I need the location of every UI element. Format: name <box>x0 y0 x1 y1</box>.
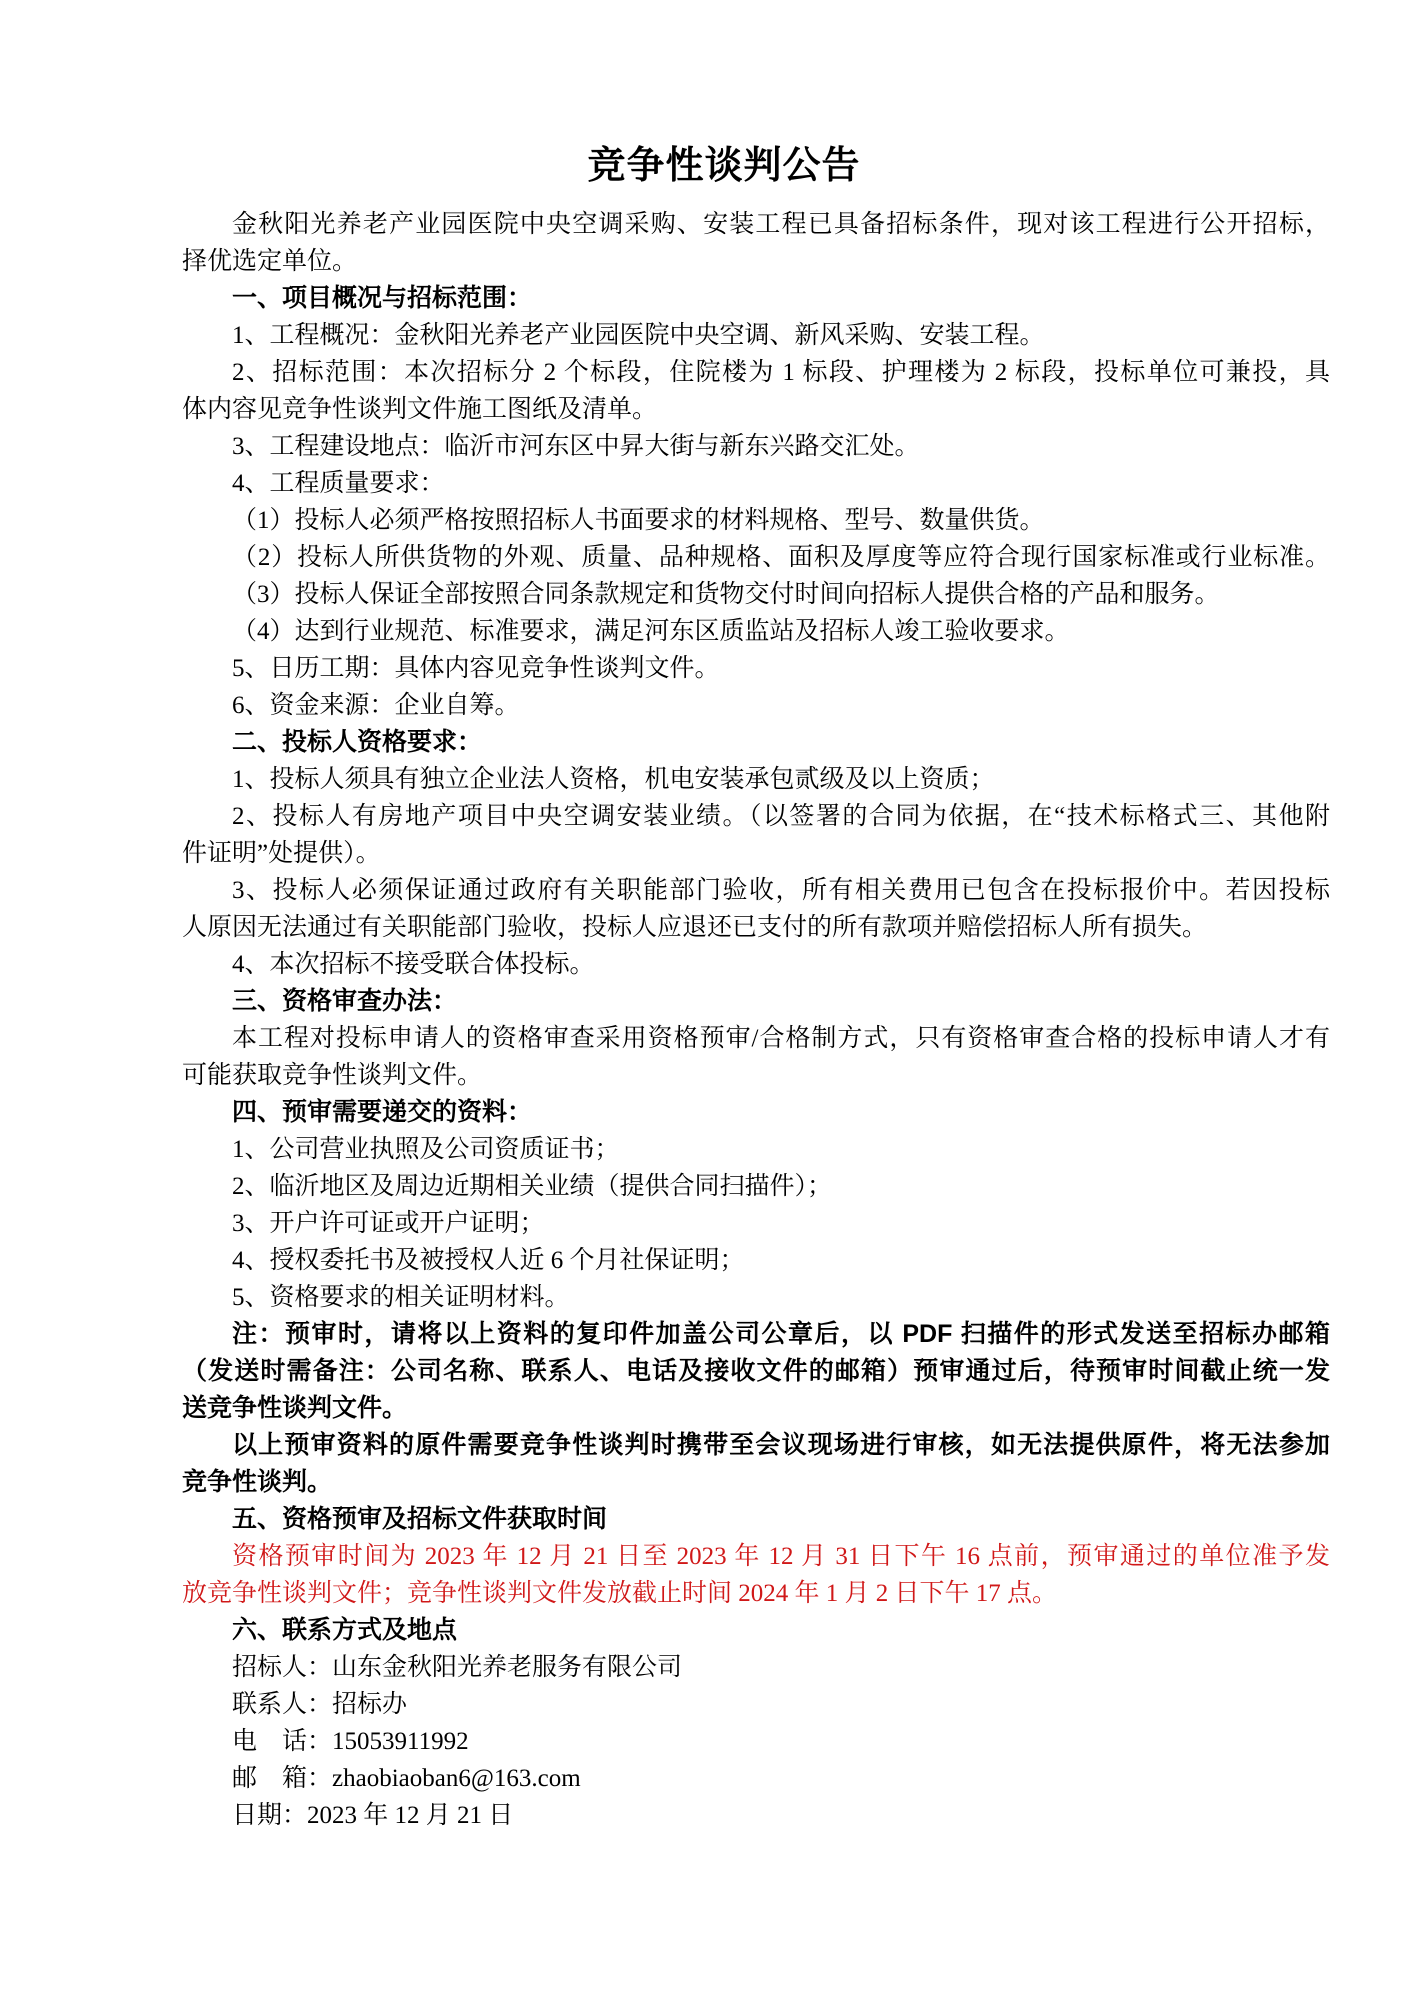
document-line: 4、授权委托书及被授权人近 6 个月社保证明； <box>182 1242 1330 1279</box>
document-line: 资格预审时间为 2023 年 12 月 21 日至 2023 年 12 月 31… <box>182 1538 1330 1575</box>
document-line: 电 话：15053911992 <box>182 1723 1330 1760</box>
document-line: 4、本次招标不接受联合体投标。 <box>182 946 1330 983</box>
document-line: 竞争性谈判。 <box>182 1464 1330 1501</box>
document-line: 可能获取竞争性谈判文件。 <box>182 1057 1330 1094</box>
document-line: 件证明”处提供）。 <box>182 835 1330 872</box>
document-line: 放竞争性谈判文件；竞争性谈判文件发放截止时间 2024 年 1 月 2 日下午 … <box>182 1575 1330 1612</box>
document-line: （2）投标人所供货物的外观、质量、品种规格、面积及厚度等应符合现行国家标准或行业… <box>182 539 1330 576</box>
document-line: 3、开户许可证或开户证明； <box>182 1205 1330 1242</box>
document-line: 1、投标人须具有独立企业法人资格，机电安装承包贰级及以上资质； <box>182 761 1330 798</box>
document-line: 六、联系方式及地点 <box>182 1612 1330 1649</box>
document-line: 金秋阳光养老产业园医院中央空调采购、安装工程已具备招标条件，现对该工程进行公开招… <box>182 206 1330 243</box>
document-line: 五、资格预审及招标文件获取时间 <box>182 1501 1330 1538</box>
document-line: 2、招标范围：本次招标分 2 个标段，住院楼为 1 标段、护理楼为 2 标段，投… <box>182 354 1330 391</box>
document-body: 金秋阳光养老产业园医院中央空调采购、安装工程已具备招标条件，现对该工程进行公开招… <box>182 206 1330 1834</box>
document-line: 三、资格审查办法： <box>182 983 1330 1020</box>
document-line: 2、投标人有房地产项目中央空调安装业绩。（以签署的合同为依据，在“技术标格式三、… <box>182 798 1330 835</box>
document-line: 3、工程建设地点：临沂市河东区中昇大街与新东兴路交汇处。 <box>182 428 1330 465</box>
document-line: 邮 箱：zhaobiaoban6@163.com <box>182 1760 1330 1797</box>
document-line: 5、资格要求的相关证明材料。 <box>182 1279 1330 1316</box>
document-line: （4）达到行业规范、标准要求，满足河东区质监站及招标人竣工验收要求。 <box>182 613 1330 650</box>
document-line: 择优选定单位。 <box>182 243 1330 280</box>
document-line: （3）投标人保证全部按照合同条款规定和货物交付时间向招标人提供合格的产品和服务。 <box>182 576 1330 613</box>
document-line: 日期：2023 年 12 月 21 日 <box>182 1797 1330 1834</box>
document-line: 四、预审需要递交的资料： <box>182 1094 1330 1131</box>
document-line: 5、日历工期：具体内容见竞争性谈判文件。 <box>182 650 1330 687</box>
document-line: 1、工程概况：金秋阳光养老产业园医院中央空调、新风采购、安装工程。 <box>182 317 1330 354</box>
document-line: （发送时需备注：公司名称、联系人、电话及接收文件的邮箱）预审通过后，待预审时间截… <box>182 1353 1330 1390</box>
document-line: （1）投标人必须严格按照招标人书面要求的材料规格、型号、数量供货。 <box>182 502 1330 539</box>
document-line: 以上预审资料的原件需要竞争性谈判时携带至会议现场进行审核，如无法提供原件，将无法… <box>182 1427 1330 1464</box>
document-title: 竞争性谈判公告 <box>150 140 1298 192</box>
document-content: 竞争性谈判公告 金秋阳光养老产业园医院中央空调采购、安装工程已具备招标条件，现对… <box>182 140 1330 1834</box>
document-line: 6、资金来源：企业自筹。 <box>182 687 1330 724</box>
document-page: 竞争性谈判公告 金秋阳光养老产业园医院中央空调采购、安装工程已具备招标条件，现对… <box>0 0 1415 2000</box>
document-line: 二、投标人资格要求： <box>182 724 1330 761</box>
document-line: 2、临沂地区及周边近期相关业绩（提供合同扫描件）； <box>182 1168 1330 1205</box>
document-line: 体内容见竞争性谈判文件施工图纸及清单。 <box>182 391 1330 428</box>
document-line: 送竞争性谈判文件。 <box>182 1390 1330 1427</box>
document-line: 本工程对投标申请人的资格审查采用资格预审/合格制方式，只有资格审查合格的投标申请… <box>182 1020 1330 1057</box>
document-line: 1、公司营业执照及公司资质证书； <box>182 1131 1330 1168</box>
document-line: 注：预审时，请将以上资料的复印件加盖公司公章后，以 PDF 扫描件的形式发送至招… <box>182 1316 1330 1353</box>
document-line: 一、项目概况与招标范围： <box>182 280 1330 317</box>
document-line: 招标人：山东金秋阳光养老服务有限公司 <box>182 1649 1330 1686</box>
document-line: 4、工程质量要求： <box>182 465 1330 502</box>
document-line: 3、投标人必须保证通过政府有关职能部门验收，所有相关费用已包含在投标报价中。若因… <box>182 872 1330 909</box>
document-line: 联系人：招标办 <box>182 1686 1330 1723</box>
document-line: 人原因无法通过有关职能部门验收，投标人应退还已支付的所有款项并赔偿招标人所有损失… <box>182 909 1330 946</box>
